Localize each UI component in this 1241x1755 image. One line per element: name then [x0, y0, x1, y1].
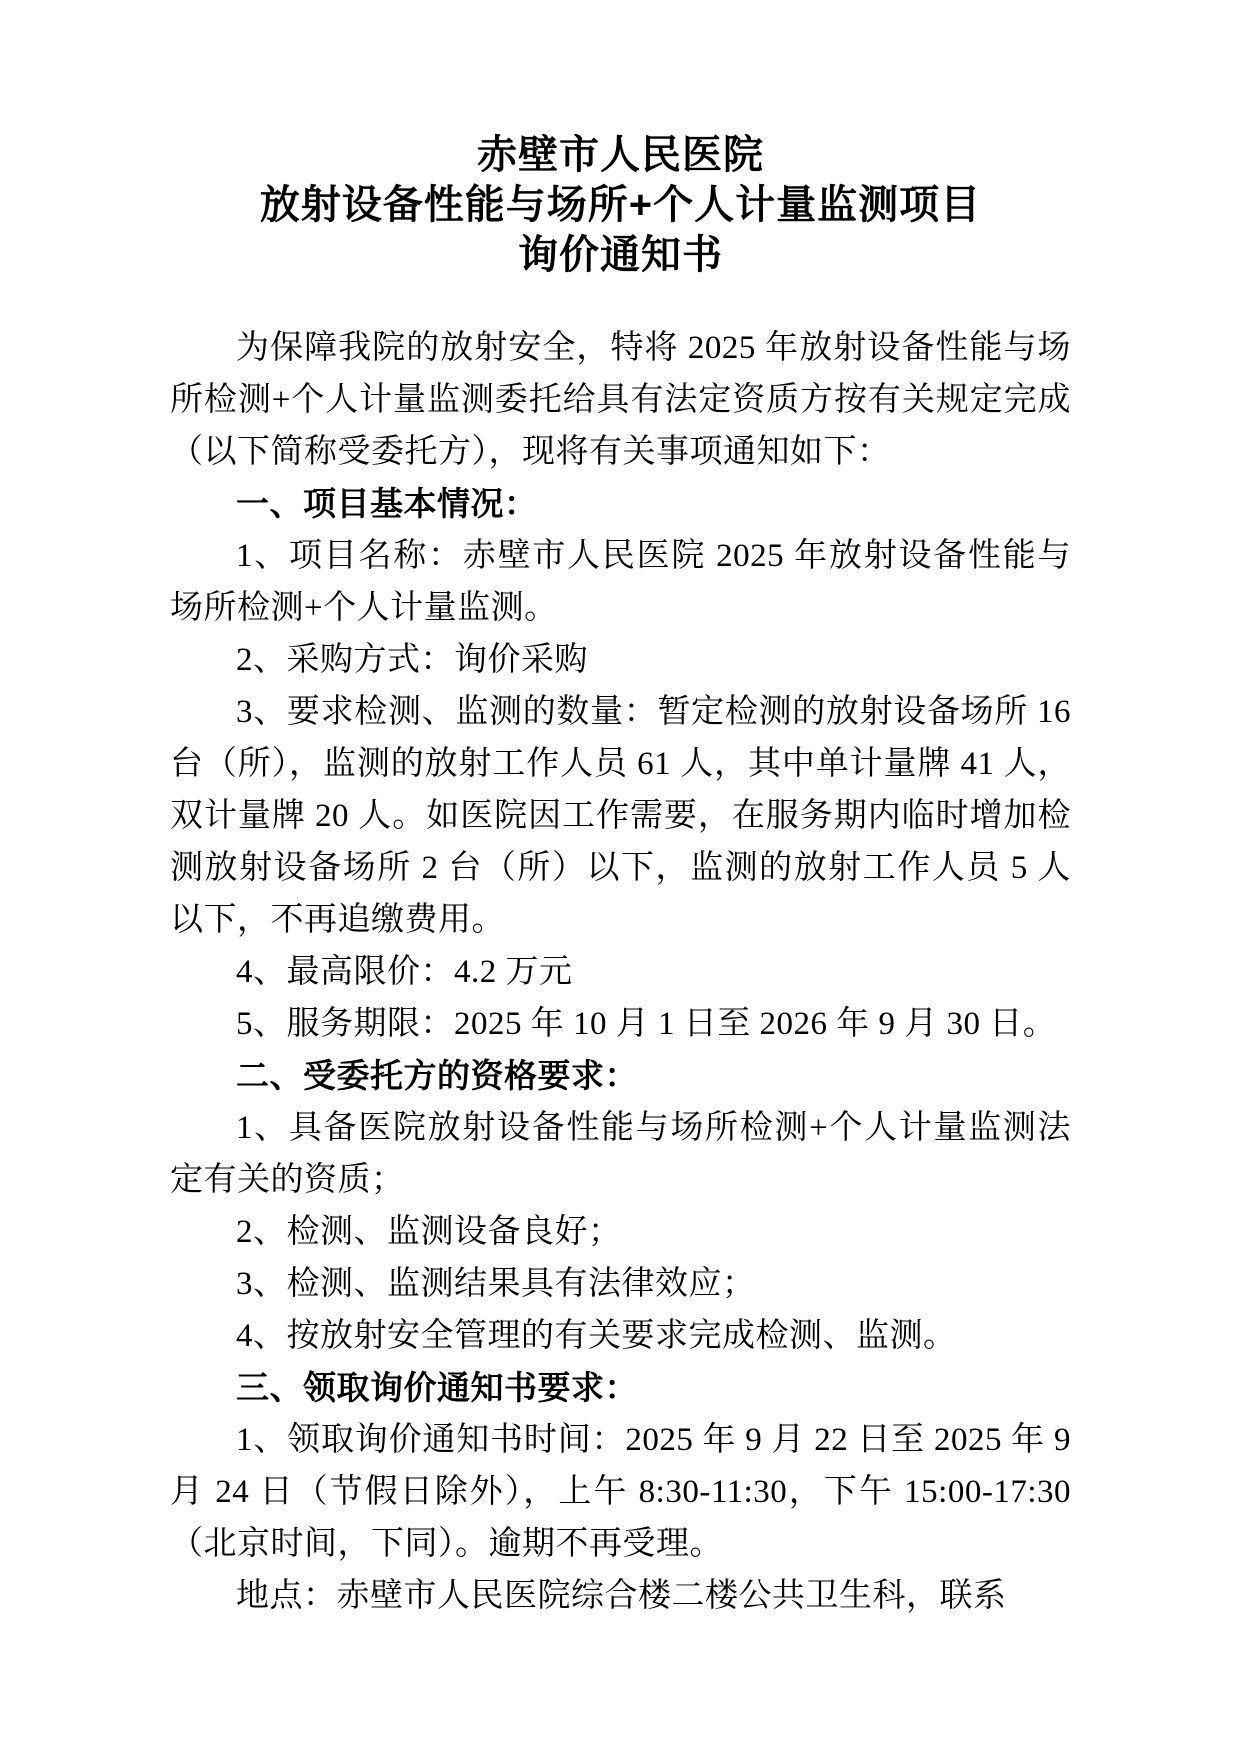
paragraph: 为保障我院的放射安全，特将 2025 年放射设备性能与场所检测+个人计量监测委托…: [170, 322, 1071, 478]
paragraph: 1、领取询价通知书时间：2025 年 9 月 22 日至 2025 年 9 月 …: [170, 1414, 1071, 1570]
section-heading: 二、受委托方的资格要求：: [170, 1050, 1071, 1102]
paragraph: 4、最高限价：4.2 万元: [170, 946, 1071, 998]
section-heading: 一、项目基本情况：: [170, 478, 1071, 530]
title-line-hospital: 赤壁市人民医院: [170, 130, 1071, 180]
paragraph: 2、检测、监测设备良好；: [170, 1206, 1071, 1258]
paragraph: 2、采购方式：询价采购: [170, 634, 1071, 686]
paragraph: 1、项目名称：赤壁市人民医院 2025 年放射设备性能与场所检测+个人计量监测。: [170, 530, 1071, 634]
paragraph: 3、要求检测、监测的数量：暂定检测的放射设备场所 16 台（所），监测的放射工作…: [170, 686, 1071, 946]
paragraph: 3、检测、监测结果具有法律效应；: [170, 1258, 1071, 1310]
paragraph: 5、服务期限：2025 年 10 月 1 日至 2026 年 9 月 30 日。: [170, 998, 1071, 1050]
paragraph: 1、具备医院放射设备性能与场所检测+个人计量监测法定有关的资质；: [170, 1102, 1071, 1206]
paragraph: 4、按放射安全管理的有关要求完成检测、监测。: [170, 1310, 1071, 1362]
document-body: 为保障我院的放射安全，特将 2025 年放射设备性能与场所检测+个人计量监测委托…: [170, 322, 1071, 1622]
title-line-notice-type: 询价通知书: [170, 230, 1071, 280]
document: 赤壁市人民医院 放射设备性能与场所+个人计量监测项目 询价通知书 为保障我院的放…: [170, 130, 1071, 1622]
section-heading: 三、领取询价通知书要求：: [170, 1362, 1071, 1414]
paragraph: 地点：赤壁市人民医院综合楼二楼公共卫生科，联系: [170, 1570, 1071, 1622]
document-title: 赤壁市人民医院 放射设备性能与场所+个人计量监测项目 询价通知书: [170, 130, 1071, 280]
document-page: 赤壁市人民医院 放射设备性能与场所+个人计量监测项目 询价通知书 为保障我院的放…: [0, 0, 1241, 1755]
title-line-project: 放射设备性能与场所+个人计量监测项目: [170, 180, 1071, 230]
